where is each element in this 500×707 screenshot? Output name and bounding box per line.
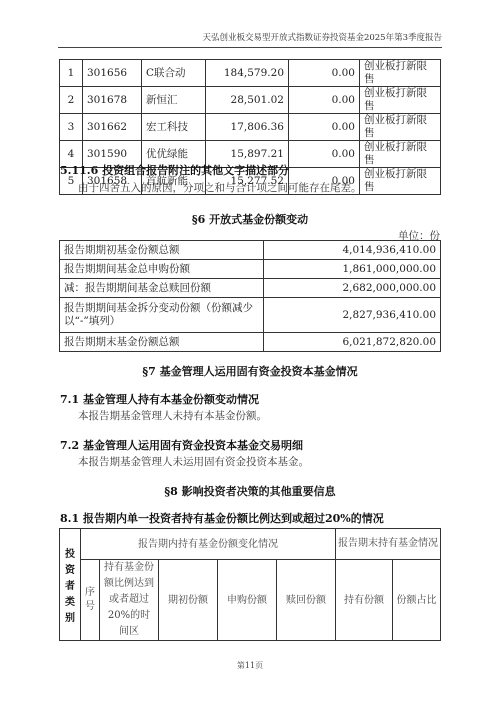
- group-during-period: 报告期内持有基金份额变化情况: [81, 529, 336, 560]
- section-71-text: 本报告期基金管理人未持有本基金份额。: [78, 408, 267, 423]
- row-no: 3: [60, 114, 83, 141]
- stock-name: 新恒汇: [142, 87, 206, 114]
- fair-value: 28,501.02: [206, 87, 289, 114]
- stock-code: 301678: [83, 87, 142, 114]
- row-value: 6,021,872,820.00: [264, 333, 441, 352]
- table-row: 1 301656 C联合动 184,579.20 0.00 创业板打新限售: [60, 60, 441, 87]
- table-row: 2 301678 新恒汇 28,501.02 0.00 创业板打新限售: [60, 87, 441, 114]
- table-row: 3 301662 宏工科技 17,806.36 0.00 创业板打新限售: [60, 114, 441, 141]
- col-time-range: 持有基金份额比例达到或者超过20%的时间区: [100, 560, 159, 641]
- col-share-ratio: 份额占比: [393, 560, 441, 641]
- stock-code: 301662: [83, 114, 142, 141]
- restriction-desc: 创业板打新限售: [360, 114, 441, 141]
- section-7-title: §7 基金管理人运用固有资金投资本基金情况: [0, 363, 500, 379]
- stock-name: C联合动: [142, 60, 206, 87]
- col-subscribe-shares: 申购份额: [218, 560, 277, 641]
- table-row: 报告期期间基金拆分变动份额（份额减少以“-”填列） 2,827,936,410.…: [60, 298, 441, 333]
- row-label: 报告期期初基金份额总额: [60, 241, 264, 260]
- fair-value: 17,806.36: [206, 114, 289, 141]
- investor-holdings-table: 投资者类别 报告期内持有基金份额变化情况 报告期末持有基金情况 序号 持有基金份…: [59, 528, 441, 641]
- section-5116-heading: 5.11.6 投资组合报告附注的其他文字描述部分: [60, 162, 289, 178]
- group-end-period: 报告期末持有基金情况: [336, 529, 441, 560]
- restriction-desc: 创业板打新限售: [360, 168, 441, 195]
- table-header-row: 序号 持有基金份额比例达到或者超过20%的时间区 期初份额 申购份额 赎回份额 …: [60, 560, 441, 641]
- row-value: 4,014,936,410.00: [264, 241, 441, 260]
- page-number: 第11页: [0, 660, 500, 671]
- nav-ratio: 0.00: [289, 114, 360, 141]
- row-value: 2,682,000,000.00: [264, 279, 441, 298]
- section-81-heading: 8.1 报告期内单一投资者持有基金份额比例达到或超过20%的情况: [60, 510, 384, 526]
- nav-ratio: 0.00: [289, 60, 360, 87]
- restriction-desc: 创业板打新限售: [360, 87, 441, 114]
- section-5116-text: 由于四舍五入的原因，分项之和与合计项之间可能存在尾差。: [78, 180, 362, 195]
- section-71-heading: 7.1 基金管理人持有本基金份额变动情况: [60, 391, 259, 407]
- section-8-title: §8 影响投资者决策的其他重要信息: [0, 483, 500, 499]
- section-72-heading: 7.2 基金管理人运用固有资金投资本基金交易明细: [60, 437, 303, 453]
- row-value: 1,861,000,000.00: [264, 260, 441, 279]
- row-label: 报告期期间基金拆分变动份额（份额减少以“-”填列）: [60, 298, 264, 333]
- col-seq: 序号: [81, 560, 100, 641]
- fund-shares-table: 报告期期初基金份额总额 4,014,936,410.00 报告期期间基金总申购份…: [59, 240, 441, 352]
- section-6-title: §6 开放式基金份额变动: [0, 211, 500, 227]
- table-row: 报告期期间基金总申购份额 1,861,000,000.00: [60, 260, 441, 279]
- section-72-text: 本报告期基金管理人未运用固有资金投资本基金。: [78, 454, 309, 469]
- stock-code: 301656: [83, 60, 142, 87]
- col-redeem-shares: 赎回份额: [277, 560, 336, 641]
- row-label: 报告期期末基金份额总额: [60, 333, 264, 352]
- nav-ratio: 0.00: [289, 87, 360, 114]
- row-label: 报告期期间基金总申购份额: [60, 260, 264, 279]
- table-row: 报告期期初基金份额总额 4,014,936,410.00: [60, 241, 441, 260]
- row-no: 2: [60, 87, 83, 114]
- restriction-desc: 创业板打新限售: [360, 141, 441, 168]
- row-label: 减：报告期期间基金总赎回份额: [60, 279, 264, 298]
- table-header-row: 投资者类别 报告期内持有基金份额变化情况 报告期末持有基金情况: [60, 529, 441, 560]
- col-investor-type: 投资者类别: [60, 529, 81, 641]
- table-row: 报告期期末基金份额总额 6,021,872,820.00: [60, 333, 441, 352]
- table-row: 减：报告期期间基金总赎回份额 2,682,000,000.00: [60, 279, 441, 298]
- row-no: 1: [60, 60, 83, 87]
- page-header: 天弘创业板交易型开放式指数证券投资基金2025年第3季度报告: [58, 32, 442, 48]
- nav-ratio: 0.00: [289, 141, 360, 168]
- fair-value: 184,579.20: [206, 60, 289, 87]
- restriction-desc: 创业板打新限售: [360, 60, 441, 87]
- stock-name: 宏工科技: [142, 114, 206, 141]
- col-holding-shares: 持有份额: [336, 560, 393, 641]
- row-value: 2,827,936,410.00: [264, 298, 441, 333]
- col-initial-shares: 期初份额: [159, 560, 218, 641]
